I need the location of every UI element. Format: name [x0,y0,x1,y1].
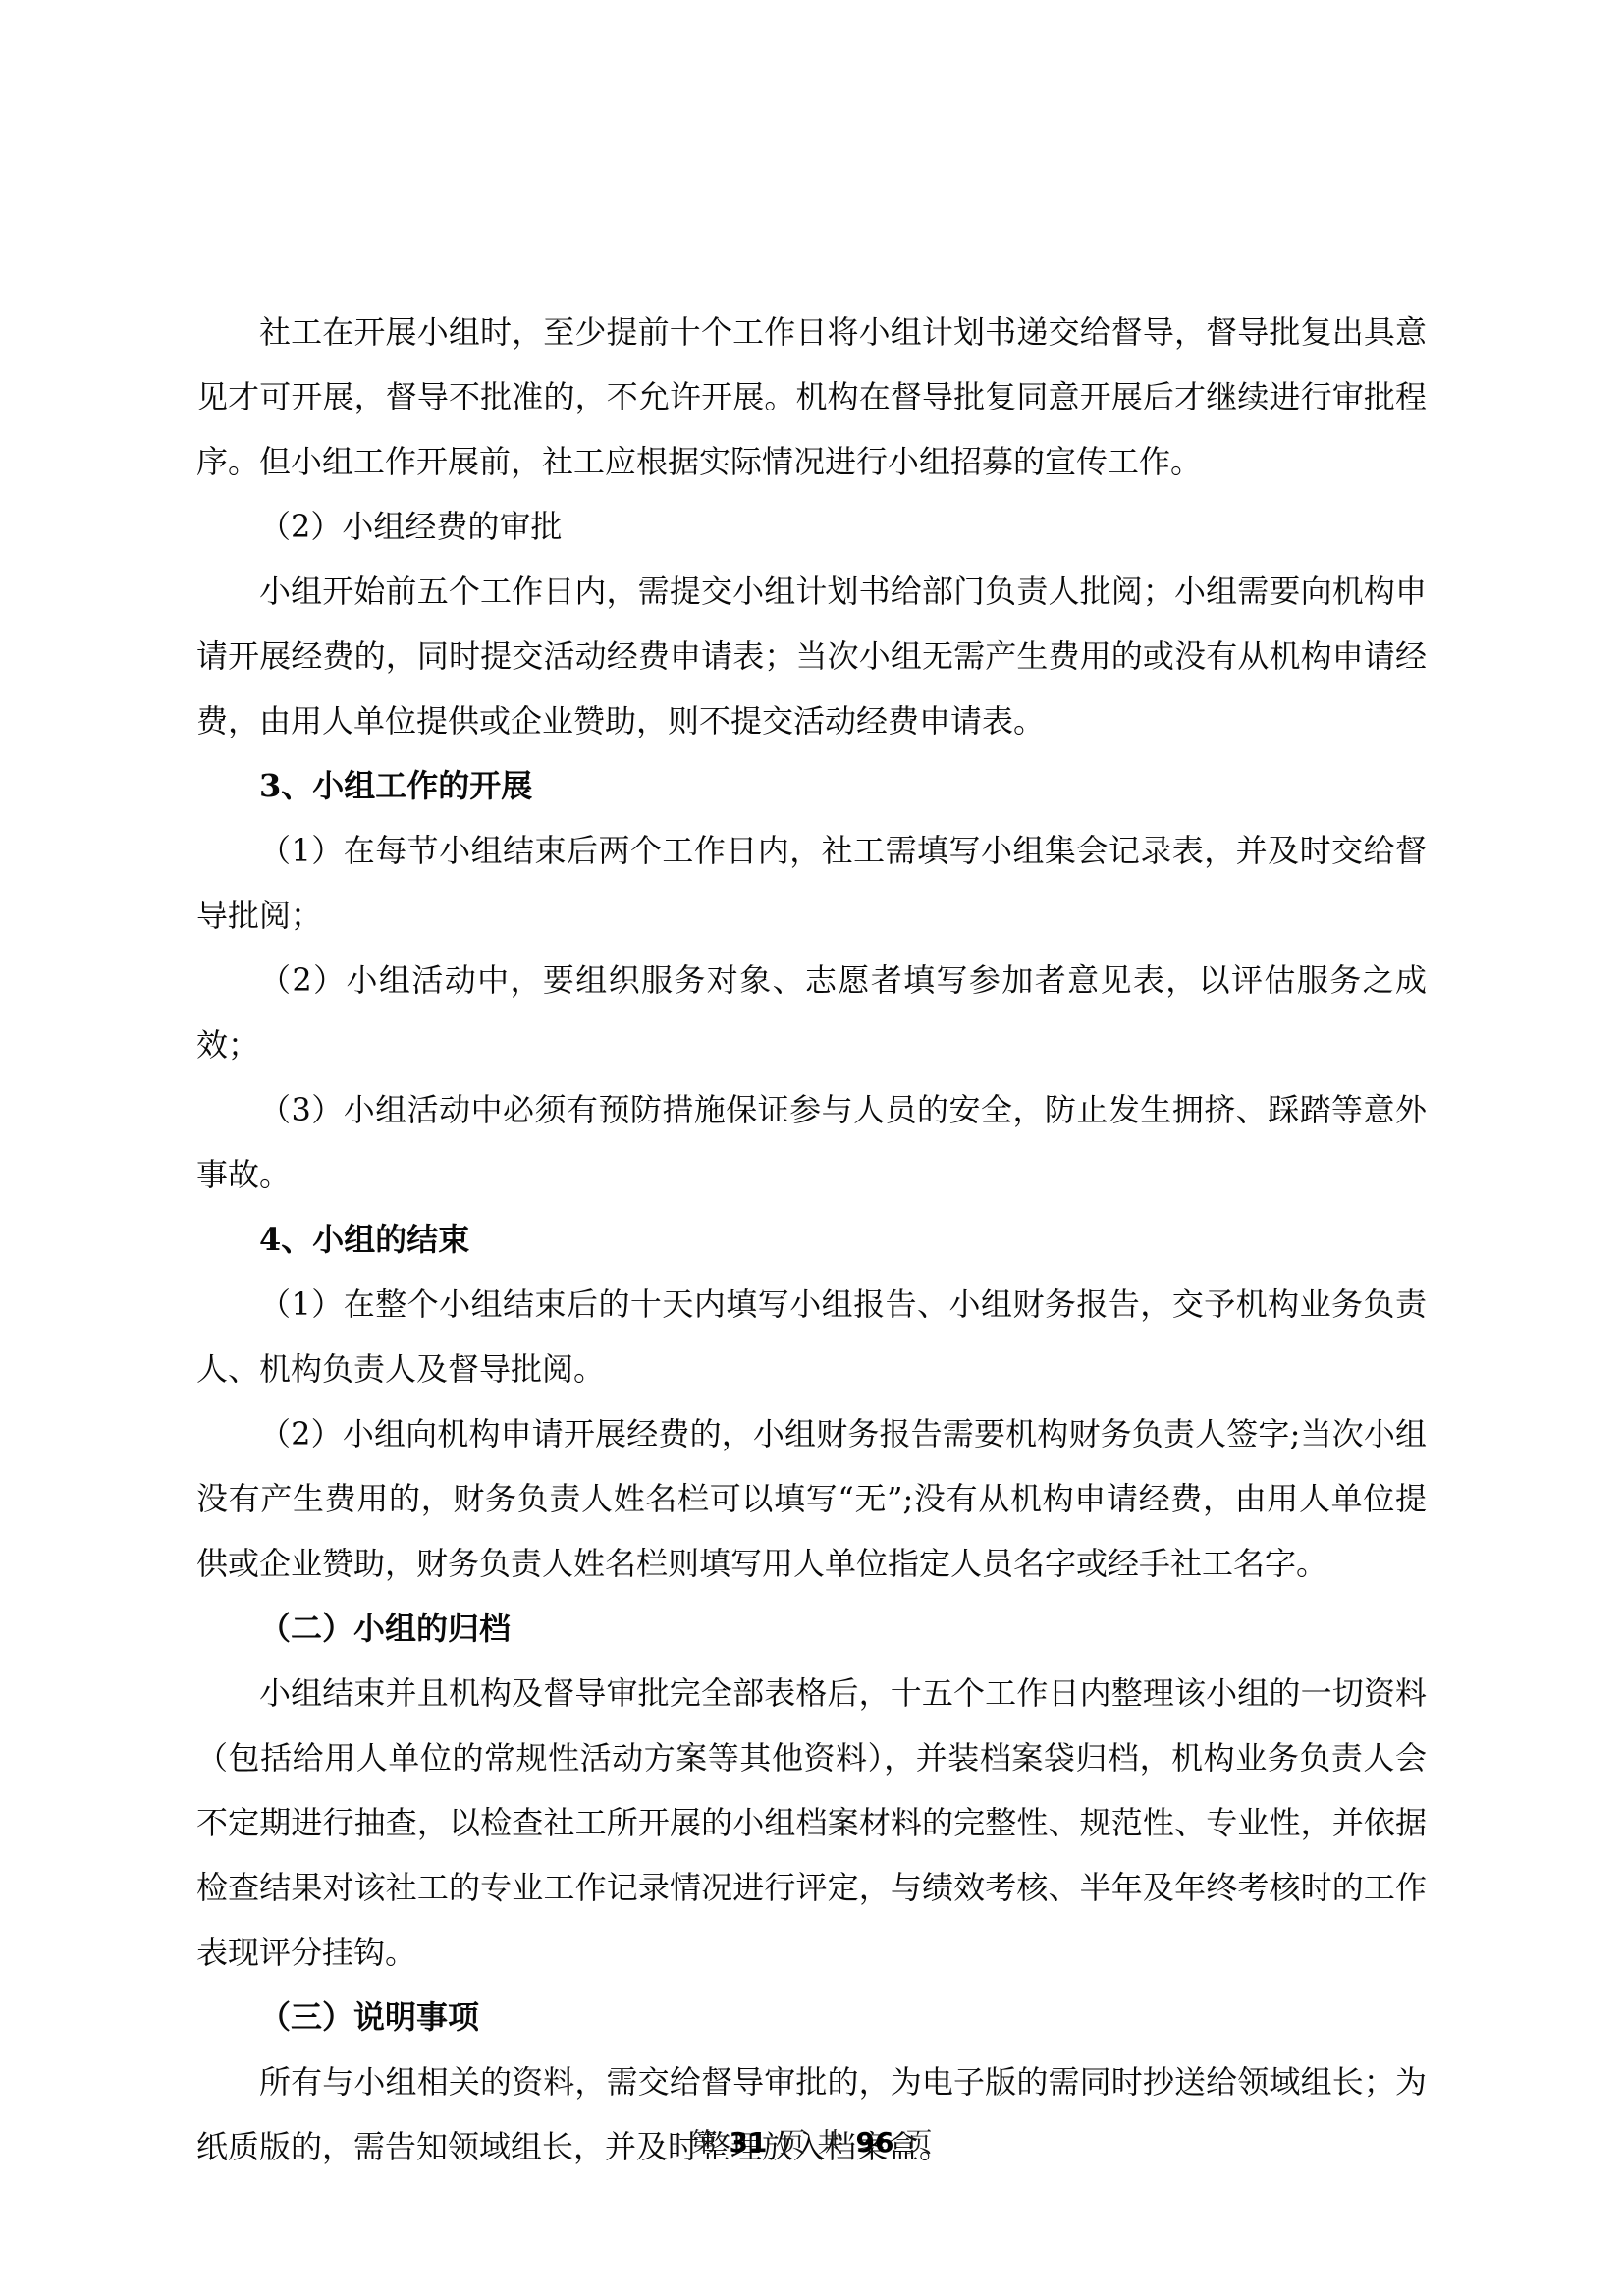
paragraph: （3）小组活动中必须有预防措施保证参与人员的安全，防止发生拥挤、踩踏等意外事故。 [196,1077,1427,1207]
paragraph: （1）在每节小组结束后两个工作日内，社工需填写小组集会记录表，并及时交给督导批阅… [196,818,1427,948]
paragraph: （2）小组向机构申请开展经费的，小组财务报告需要机构财务负责人签字;当次小组没有… [196,1401,1427,1596]
paragraph: （1）在整个小组结束后的十天内填写小组报告、小组财务报告，交予机构业务负责人、机… [196,1272,1427,1401]
paragraph: 社工在开展小组时，至少提前十个工作日将小组计划书递交给督导，督导批复出具意见才可… [196,300,1427,494]
paragraph: （2）小组经费的审批 [196,494,1427,559]
paragraph: 小组开始前五个工作日内，需提交小组计划书给部门负责人批阅；小组需要向机构申请开展… [196,559,1427,753]
paragraph: 所有与小组相关的资料，需交给督导审批的，为电子版的需同时抄送给领域组长；为纸质版… [196,2050,1427,2179]
paragraph: （2）小组活动中，要组织服务对象、志愿者填写参加者意见表，以评估服务之成效； [196,948,1427,1077]
footer-label-gong: 共 [818,2121,844,2159]
section-heading-notes: （三）说明事项 [196,1985,1427,2050]
footer-label-di: 第 [691,2121,718,2159]
document-page: 社工在开展小组时，至少提前十个工作日将小组计划书递交给督导，督导批复出具意见才可… [0,0,1623,2296]
page-footer: 第 31 页 共 96 页 [0,2121,1623,2159]
footer-label-ye: 页 [780,2121,806,2159]
section-heading-group-work-launch: 3、小组工作的开展 [196,753,1427,818]
document-body: 社工在开展小组时，至少提前十个工作日将小组计划书递交给督导，督导批复出具意见才可… [196,300,1427,2179]
section-heading-group-ending: 4、小组的结束 [196,1207,1427,1272]
section-heading-group-archiving: （二）小组的归档 [196,1596,1427,1661]
current-page-number: 31 [730,2126,768,2159]
footer-label-ye: 页 [905,2121,932,2159]
paragraph: 小组结束并且机构及督导审批完全部表格后，十五个工作日内整理该小组的一切资料（包括… [196,1661,1427,1985]
total-page-number: 96 [856,2126,894,2159]
